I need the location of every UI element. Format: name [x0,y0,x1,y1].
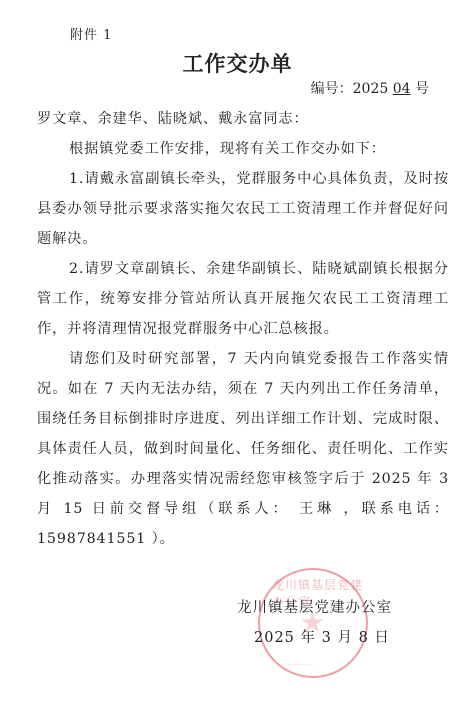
seal-code: ········· [288,662,314,669]
paragraph-item-1: 1.请戴永富副镇长牵头，党群服务中心具体负责，及时按县委办领导批示要求落实拖欠农… [37,164,449,254]
official-seal: 龙川镇基层党建办公室 ★ ········· [258,568,368,678]
document-page: 附件 1 工作交办单 编号：2025 04 号 罗文章、余建华、陆晓斌、戴永富同… [0,0,475,704]
document-title: 工作交办单 [0,48,475,78]
number-prefix: 编号：2025 [311,81,393,97]
greeting: 罗文章、余建华、陆晓斌、戴永富同志： [37,104,449,134]
document-number: 编号：2025 04 号 [311,78,429,98]
paragraph-item-2: 2.请罗文章副镇长、余建华副镇长、陆晓斌副镇长根据分管工作，统筹安排分管站所认真… [37,254,449,344]
paragraph-intro: 根据镇党委工作安排，现将有关工作交办如下： [37,134,449,164]
attachment-label: 附件 1 [70,24,112,43]
signature-org: 龙川镇基层党建办公室 [237,596,392,617]
number-suffix: 号 [411,81,429,97]
signature-date: 2025 年 3 月 8 日 [254,626,390,647]
number-value: 04 [393,81,411,97]
paragraph-instructions: 请您们及时研究部署，7 天内向镇党委报告工作落实情况。如在 7 天内无法办结，须… [37,344,449,554]
